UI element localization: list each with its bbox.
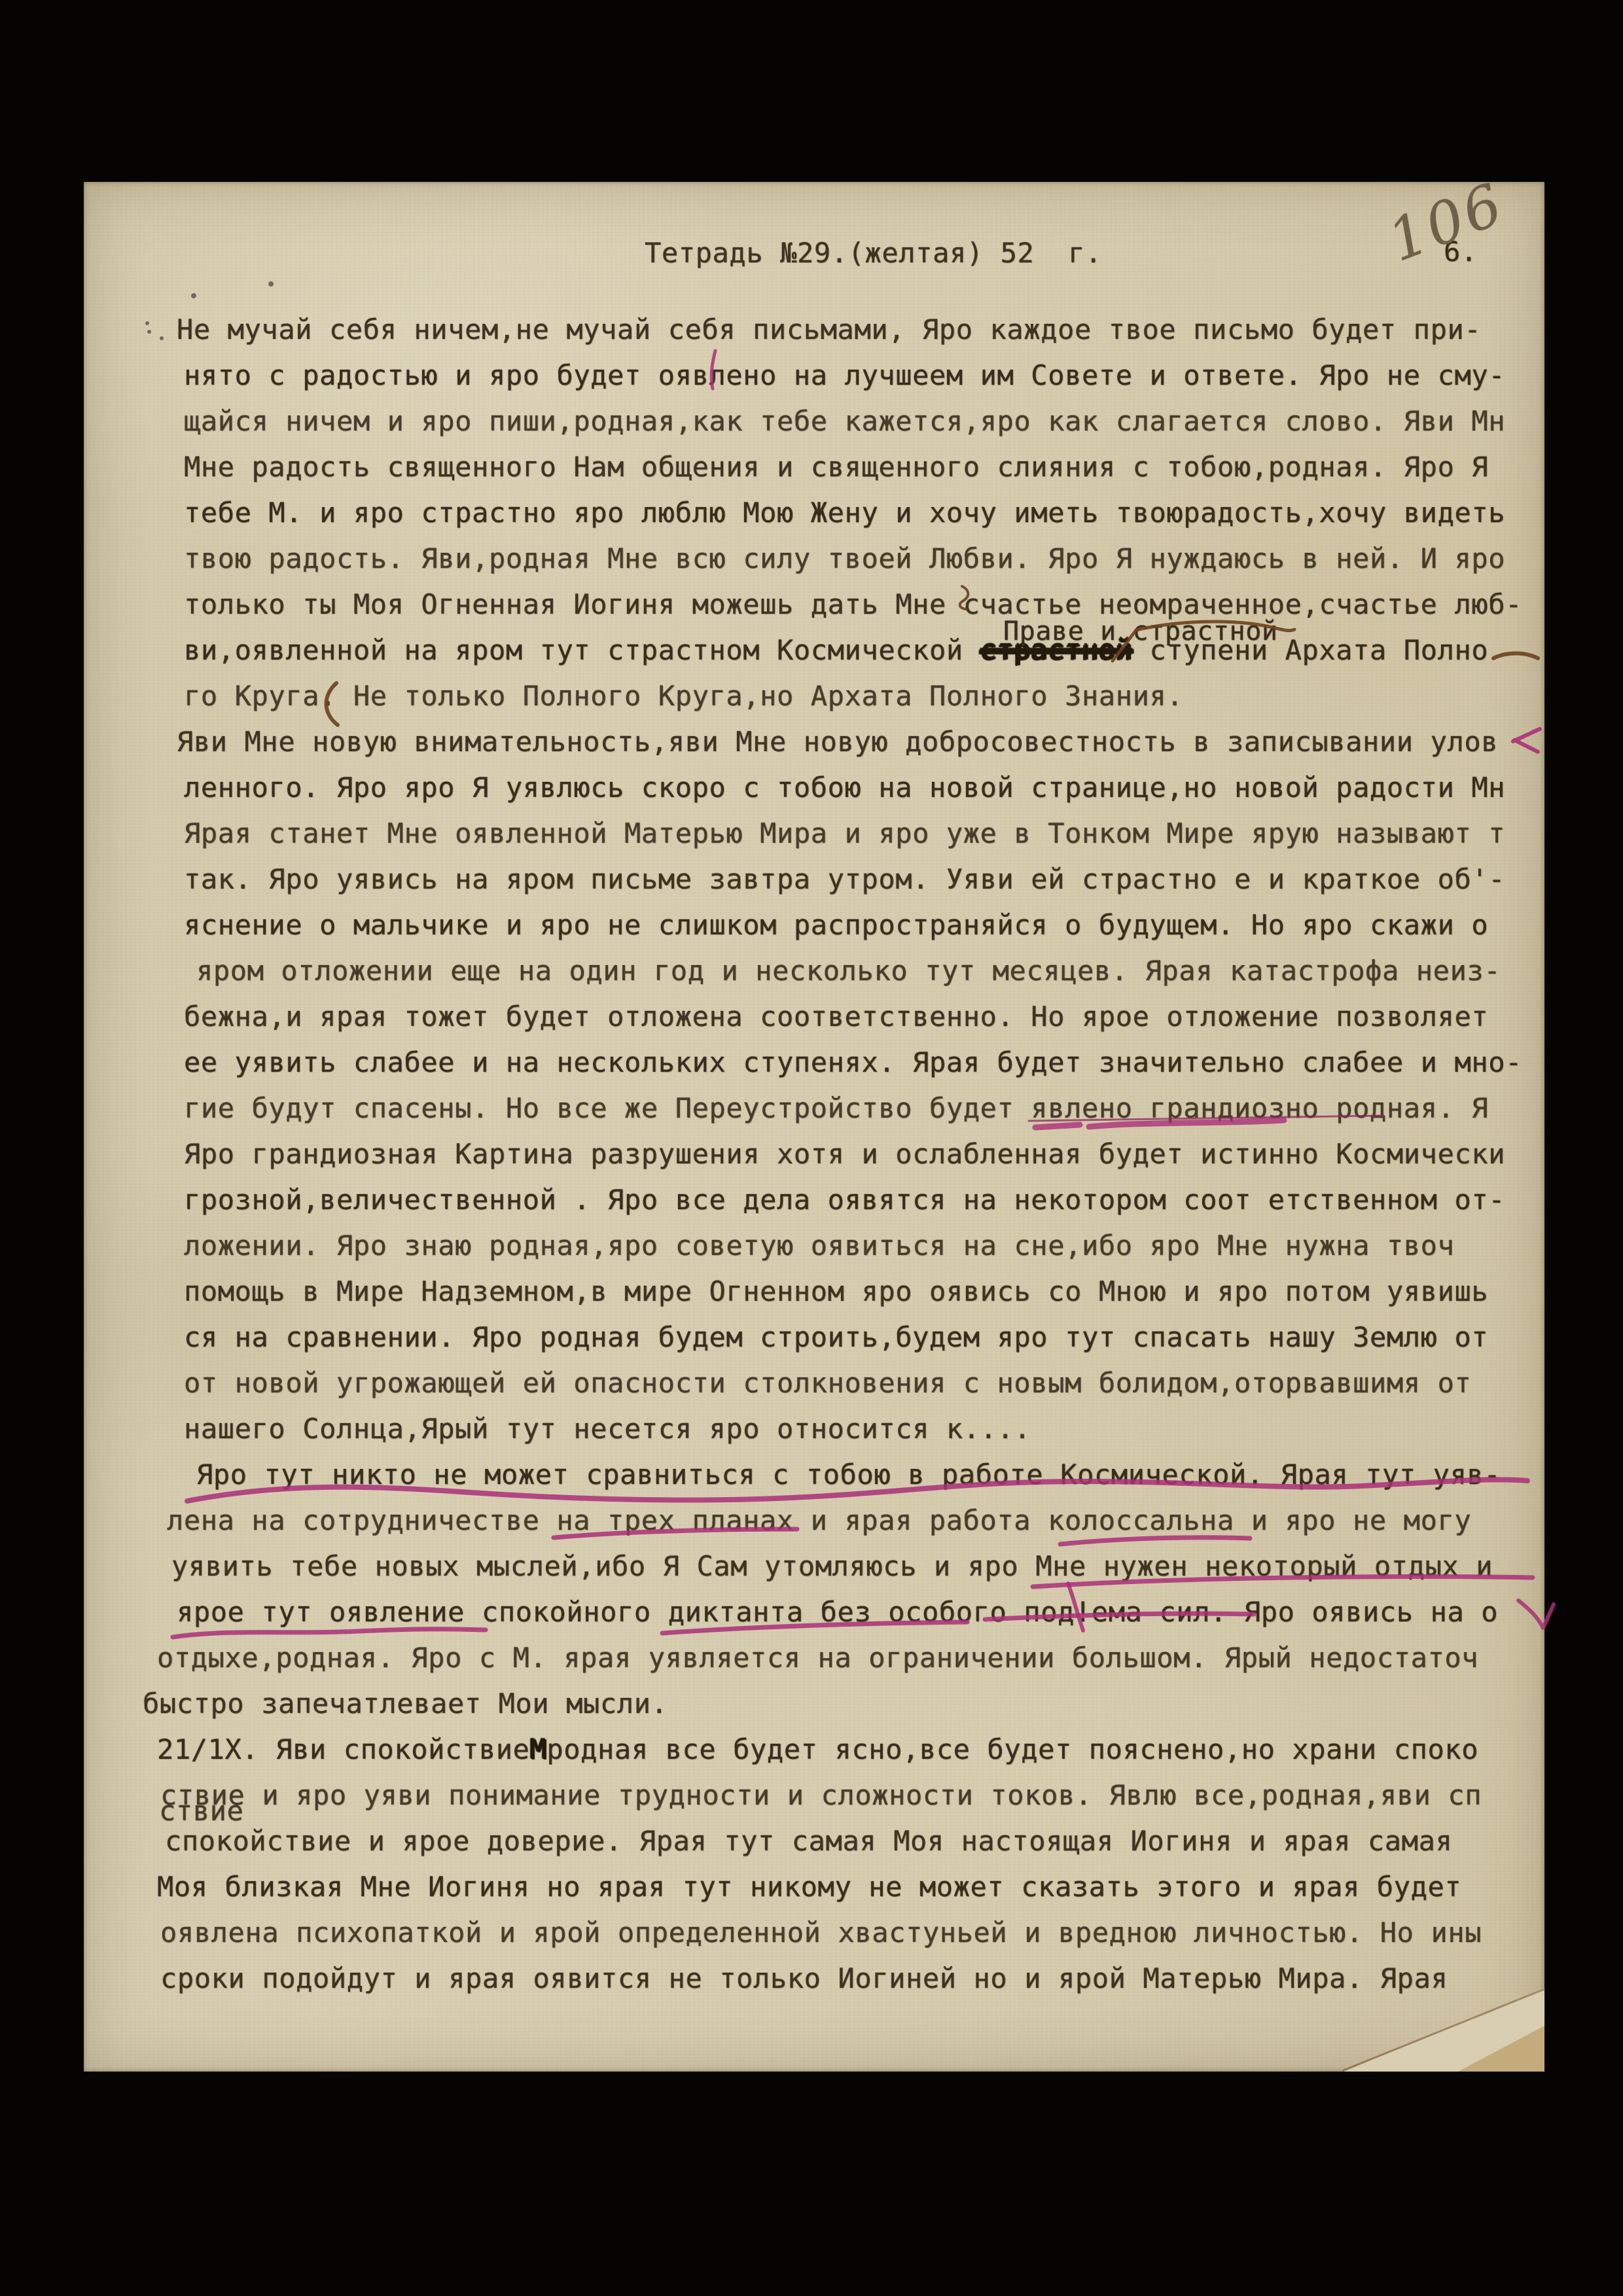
typed-line-7: только ты Моя Огненная Иогиня можешь дат… (184, 591, 1522, 618)
typed-line-37: сроки подойдут и ярая оявится не только … (160, 1965, 1448, 1992)
typed-line-20: грозной,величественной . Яро все дела оя… (184, 1186, 1505, 1214)
typed-line-34: спокойствие и ярое доверие. Ярая тут сам… (165, 1828, 1452, 1855)
typed-line-1: Не мучай себя ничем,не мучай себя письма… (177, 316, 1481, 344)
typed-line-14: яснение о мальчике и яро не слишком расп… (184, 911, 1488, 939)
typed-line-23: ся на сравнении. Яро родная будем строит… (184, 1324, 1488, 1351)
typed-line-30: отдыхе,родная. Яро с М. ярая уявляется н… (157, 1644, 1478, 1672)
typed-line-21: ложении. Яро знаю родная,яро советую ояв… (184, 1232, 1454, 1260)
typed-line-3: щайся ничем и яро пиши,родная,как тебе к… (184, 408, 1505, 435)
scan-background: Тетрадь №29.(желтая) 52 г. 6. 106 Не муч… (0, 0, 1623, 2296)
typed-line-8: ви,оявленной на яром тут страстном Косми… (184, 637, 1488, 664)
typed-line-35: Моя близкая Мне Иогиня но ярая тут ником… (157, 1873, 1461, 1901)
typed-line-25: нашего Солнца,Ярый тут несется яро относ… (184, 1415, 1031, 1443)
typed-line-31: быстро запечатлевает Мои мысли. (143, 1690, 668, 1718)
overtyped-char: М (530, 1733, 547, 1765)
notebook-header: Тетрадь №29.(желтая) 52 г. (645, 239, 1102, 267)
typed-line-2: нято с радостью и яро будет оявлено на л… (184, 362, 1505, 389)
typed-line-11: ленного. Яро яро Я уявлюсь скоро с тобою… (184, 774, 1505, 802)
typed-line-24: от новой угрожающей ей опасности столкно… (184, 1369, 1471, 1397)
typed-line-32: 21/1Х. Яви спокойствиеМродная все будет … (157, 1736, 1478, 1763)
typed-line-4: Мне радость священного Нам общения и свя… (184, 453, 1488, 481)
typed-line-36: оявлена психопаткой и ярой определенной … (160, 1919, 1482, 1947)
typed-line-19: Яро грандиозная Картина разрушения хотя … (184, 1140, 1505, 1168)
typed-line-17: ее уявить слабее и на нескольких ступеня… (184, 1049, 1522, 1076)
interline-insertion: Праве и страстной (1003, 618, 1278, 645)
typed-line-12: Ярая станет Мне оявленной Матерью Мира и… (184, 820, 1505, 847)
typed-line-29: ярое тут оявление спокойного диктанта бе… (177, 1598, 1498, 1626)
typed-line-22: помощь в Мире Надземном,в мире Огненном … (184, 1278, 1488, 1305)
overtyped-duplicate: ствие (159, 1797, 243, 1825)
typed-line-16: бежна,и ярая тожет будет отложена соотве… (184, 1003, 1488, 1031)
typed-line-13: так. Яро уявись на яром письме завтра ут… (184, 866, 1505, 893)
typed-line-27: лена на сотрудничестве на трех планах и … (167, 1507, 1471, 1534)
typed-line-33: ствие и яро уяви понимание трудности и с… (160, 1782, 1482, 1809)
typed-line-5: тебе М. и яро страстно яро люблю Мою Жен… (184, 499, 1505, 527)
typed-line-10: Яви Мне новую внимательность,яви Мне нов… (177, 728, 1498, 756)
typed-line-15: яром отложении еще на один год и несколь… (196, 957, 1501, 985)
typed-line-18: гие будут спасены. Но все же Переустройс… (184, 1095, 1488, 1122)
typed-line-28: уявить тебе новых мыслей,ибо Я Сам утомл… (171, 1553, 1493, 1580)
typed-line-9: го Круга. Не только Полного Круга,но Арх… (184, 682, 1183, 710)
typed-line-6: твою радость. Яви,родная Мне всю силу тв… (184, 545, 1505, 573)
typed-line-26: Яро тут никто не может сравниться с тобо… (196, 1461, 1501, 1489)
